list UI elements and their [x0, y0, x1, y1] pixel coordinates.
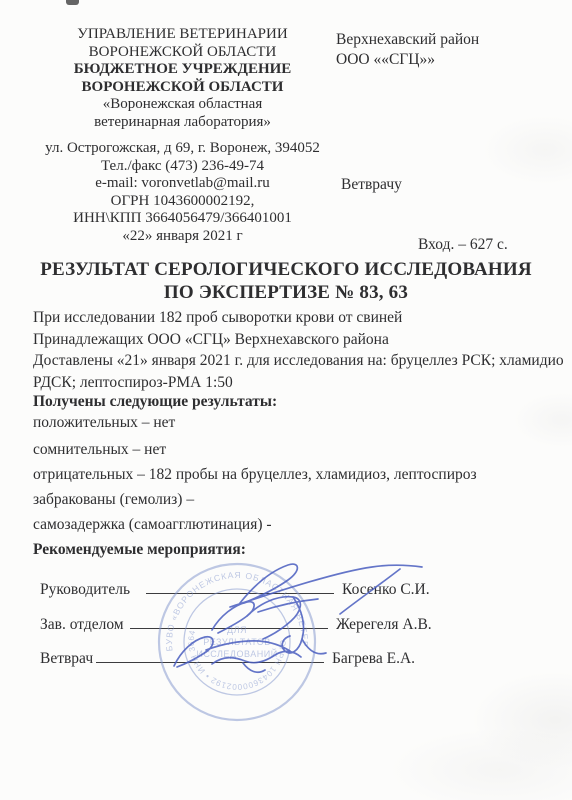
result-positive: положительных – нет [33, 414, 175, 432]
signature-row-vet: Ветврач Багрева Е.А. [40, 647, 415, 668]
org-line-5: «Воронежская областная [30, 96, 335, 114]
org-line-1: УПРАВЛЕНИЕ ВЕТЕРИНАРИИ [30, 26, 335, 44]
result-doubtful: сомнительных – нет [33, 441, 166, 459]
title-line-2: ПО ЭКСПЕРТИЗЕ № 83, 63 [0, 282, 572, 305]
body-line-2: Принадлежащих ООО «СГЦ» Верхнехавского р… [33, 329, 572, 351]
body-line-3: Доставлены «21» января 2021 г. для иссле… [33, 350, 572, 372]
stamp-inner-circle [184, 589, 290, 695]
signature-line [130, 613, 328, 629]
org-line-3: БЮДЖЕТНОЕ УЧРЕЖДЕНИЕ [30, 61, 335, 79]
org-line-2: ВОРОНЕЖСКОЙ ОБЛАСТИ [30, 44, 335, 62]
signature-name: Багрева Е.А. [332, 650, 415, 668]
recommendations-heading: Рекомендуемые мероприятия: [33, 541, 246, 559]
body-line-4: РДСК; лептоспироз-РМА 1:50 [33, 372, 572, 394]
contact-phone: Тел./факс (473) 236-49-74 [30, 158, 335, 176]
signature-line [146, 578, 334, 594]
contact-email: e-mail: voronvetlab@mail.ru [30, 175, 335, 193]
contact-inn-kpp: ИНН\КПП 3664056479/366401001 [30, 210, 335, 228]
org-line-6: ветеринарная лаборатория» [30, 114, 335, 132]
document-title: РЕЗУЛЬТАТ СЕРОЛОГИЧЕСКОГО ИССЛЕДОВАНИЯ П… [0, 259, 572, 304]
title-line-1: РЕЗУЛЬТАТ СЕРОЛОГИЧЕСКОГО ИССЛЕДОВАНИЯ [0, 259, 572, 282]
result-self-agglutination: самозадержка (самоагглютинация) - [33, 516, 272, 534]
signature-row-dept-head: Зав. отделом Жерегеля А.В. [40, 613, 432, 634]
contacts-block: ул. Острогожская, д 69, г. Воронеж, 3940… [30, 140, 335, 246]
signature-name: Жерегеля А.В. [336, 616, 432, 634]
org-header-block: УПРАВЛЕНИЕ ВЕТЕРИНАРИИ ВОРОНЕЖСКОЙ ОБЛАС… [30, 26, 335, 132]
signature-role: Зав. отделом [40, 616, 130, 634]
signature-name: Косенко С.И. [342, 581, 430, 599]
recipient-block: Верхнехавский район ООО ««СГЦ»» [336, 30, 479, 69]
org-line-4: ВОРОНЕЖСКОЙ ОБЛАСТИ [30, 79, 335, 97]
addressee-label: Ветврачу [341, 176, 402, 194]
signature-row-director: Руководитель Косенко С.И. [40, 578, 430, 599]
recipient-company: ООО ««СГЦ»» [336, 50, 479, 70]
recipient-district: Верхнехавский район [336, 30, 479, 50]
incoming-number: Вход. – 627 с. [418, 236, 508, 254]
body-line-1: При исследовании 182 проб сыворотки кров… [33, 307, 572, 329]
results-heading: Получены следующие результаты: [33, 393, 277, 411]
stamp-center-line-2: РЕЗУЛЬТАТОВ [203, 637, 271, 647]
contact-address: ул. Острогожская, д 69, г. Воронеж, 3940… [30, 140, 335, 158]
document-date: «22» января 2021 г [30, 228, 335, 246]
result-negative: отрицательных – 182 пробы на бруцеллез, … [33, 466, 477, 484]
body-paragraph: При исследовании 182 проб сыворотки кров… [33, 307, 572, 393]
signature-role: Ветврач [40, 650, 96, 668]
scan-artifact-smudge [66, 0, 79, 5]
contact-ogrn: ОГРН 1043600002192, [30, 193, 335, 211]
signature-role: Руководитель [40, 581, 146, 599]
result-rejected: забракованы (гемолиз) – [33, 491, 194, 509]
scanned-document-page: УПРАВЛЕНИЕ ВЕТЕРИНАРИИ ВОРОНЕЖСКОЙ ОБЛАС… [0, 0, 572, 800]
signature-line [96, 647, 324, 663]
